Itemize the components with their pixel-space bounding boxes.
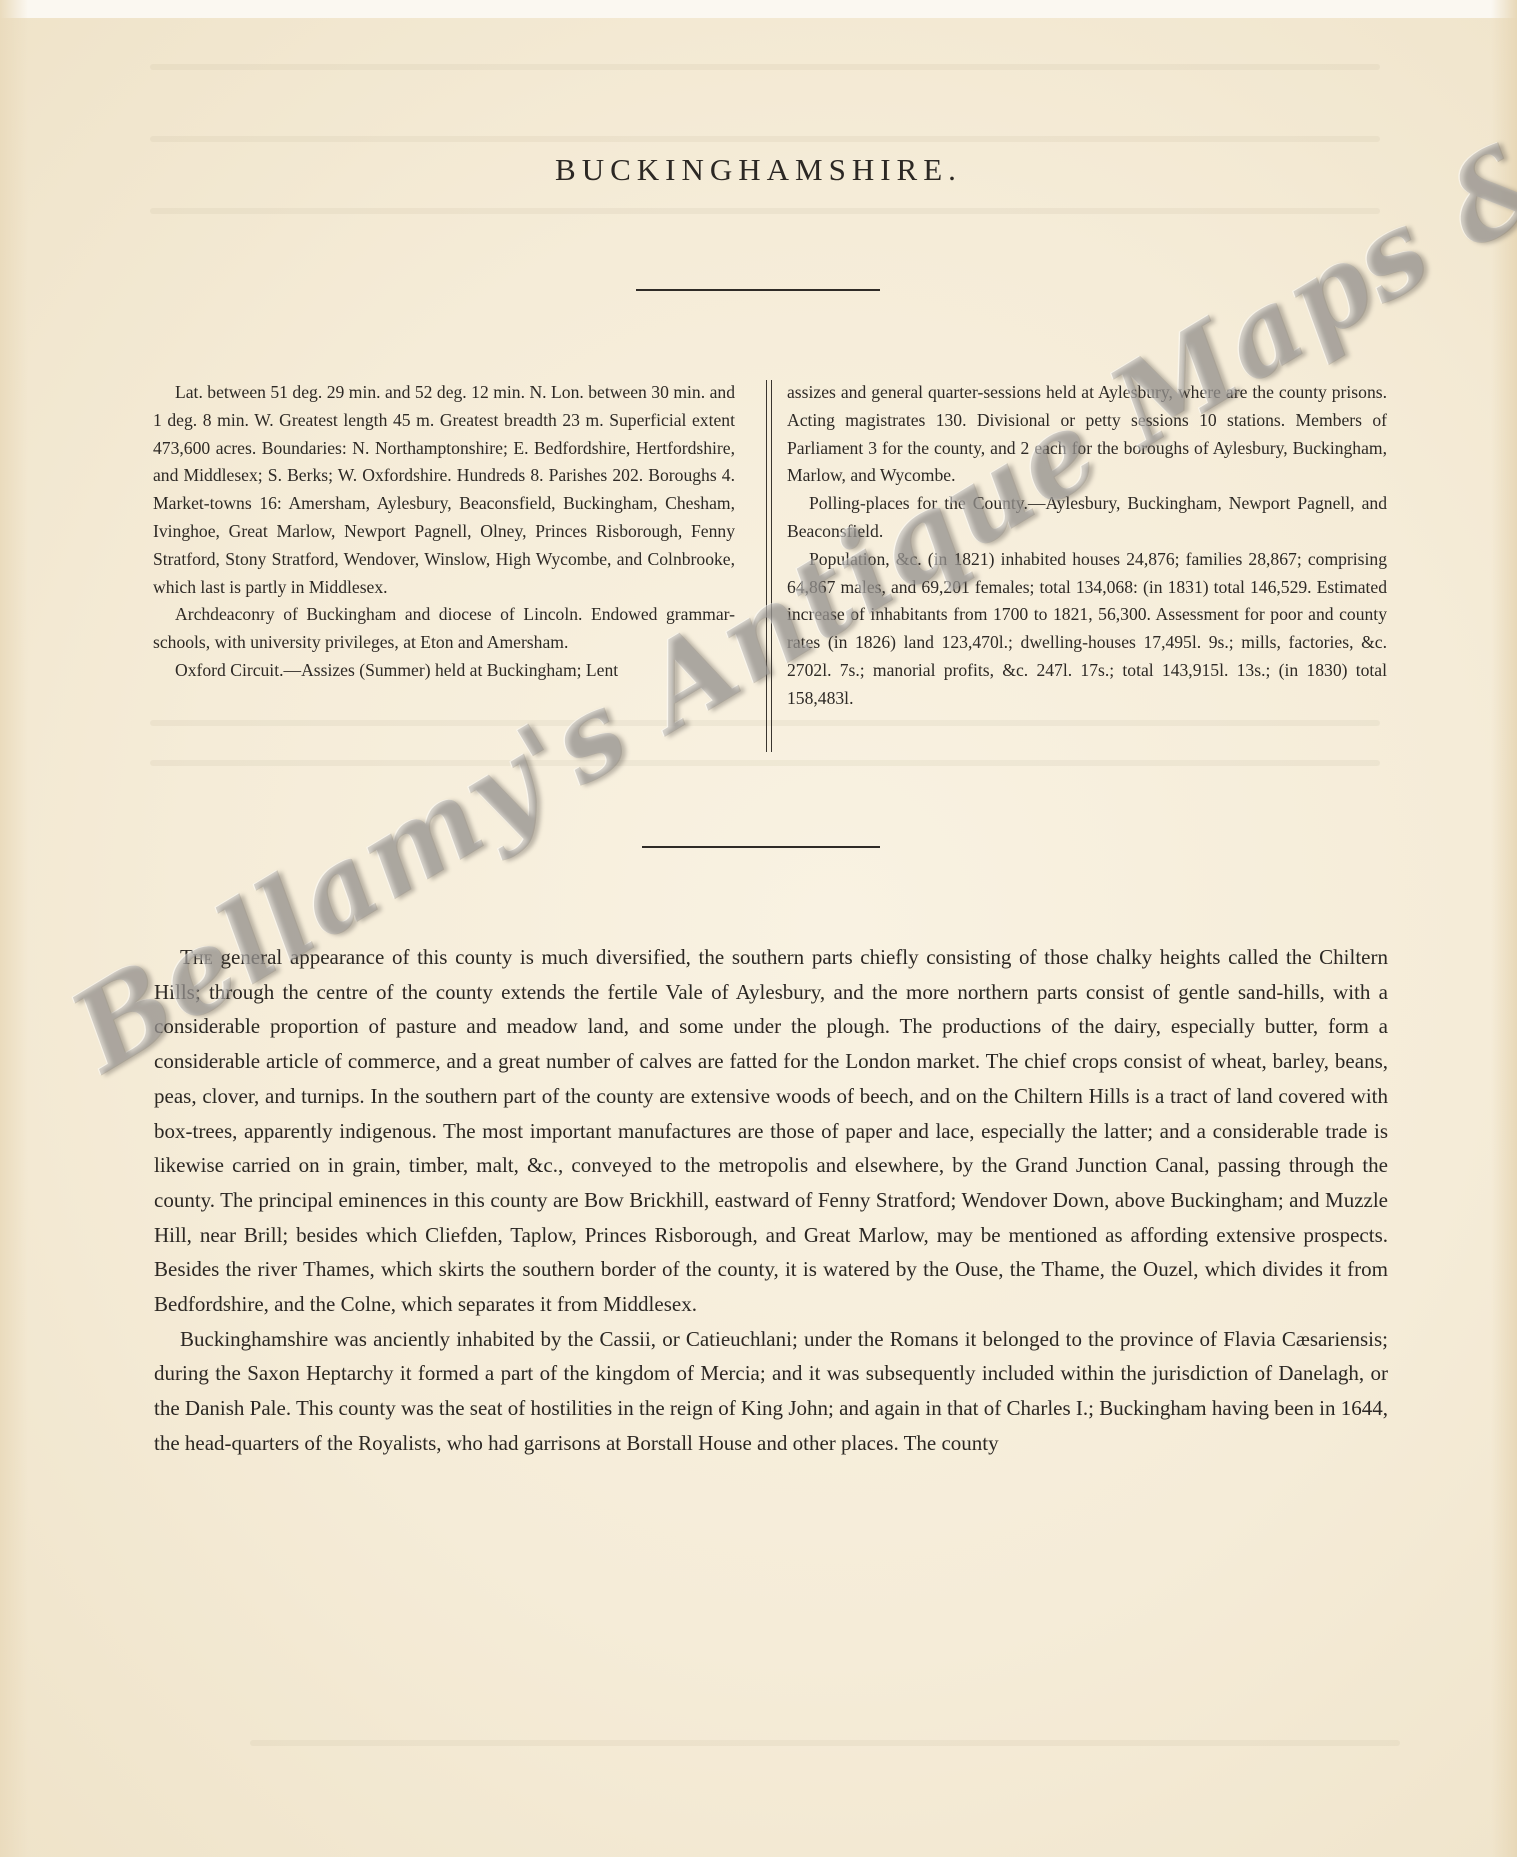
history-paragraph: Buckinghamshire was anciently inhabited …: [154, 1322, 1388, 1461]
statistics-right-column: assizes and general quarter-sessions hel…: [787, 379, 1387, 713]
column-double-rule: [766, 380, 772, 752]
circuit-paragraph: Oxford Circuit.—Assizes (Summer) held at…: [153, 657, 735, 685]
document-page: BUCKINGHAMSHIRE. Lat. between 51 deg. 29…: [0, 0, 1517, 1857]
assizes-paragraph: assizes and general quarter-sessions hel…: [787, 379, 1387, 490]
polling-places-paragraph: Polling-places for the County.—Aylesbury…: [787, 490, 1387, 546]
paragraph-text: general appearance of this county is muc…: [154, 945, 1388, 1316]
title-divider-rule: [636, 289, 880, 291]
page-left-edge: [0, 0, 28, 1857]
scan-top-margin: [0, 0, 1517, 18]
description-body: The general appearance of this county is…: [154, 940, 1388, 1461]
population-paragraph: Population, &c. (in 1821) inhabited hous…: [787, 546, 1387, 713]
show-through-line: [150, 720, 1380, 726]
page-right-edge: [1491, 0, 1517, 1857]
section-divider-rule: [642, 846, 880, 848]
show-through-line: [250, 1740, 1400, 1746]
page-title: BUCKINGHAMSHIRE.: [0, 152, 1517, 188]
geography-paragraph: Lat. between 51 deg. 29 min. and 52 deg.…: [153, 379, 735, 601]
show-through-line: [150, 64, 1380, 70]
show-through-line: [150, 208, 1380, 214]
show-through-line: [150, 760, 1380, 766]
lead-word: The: [180, 945, 213, 969]
general-appearance-paragraph: The general appearance of this county is…: [154, 940, 1388, 1322]
ecclesiastical-paragraph: Archdeaconry of Buckingham and diocese o…: [153, 601, 735, 657]
show-through-line: [150, 136, 1380, 142]
statistics-left-column: Lat. between 51 deg. 29 min. and 52 deg.…: [153, 379, 735, 685]
